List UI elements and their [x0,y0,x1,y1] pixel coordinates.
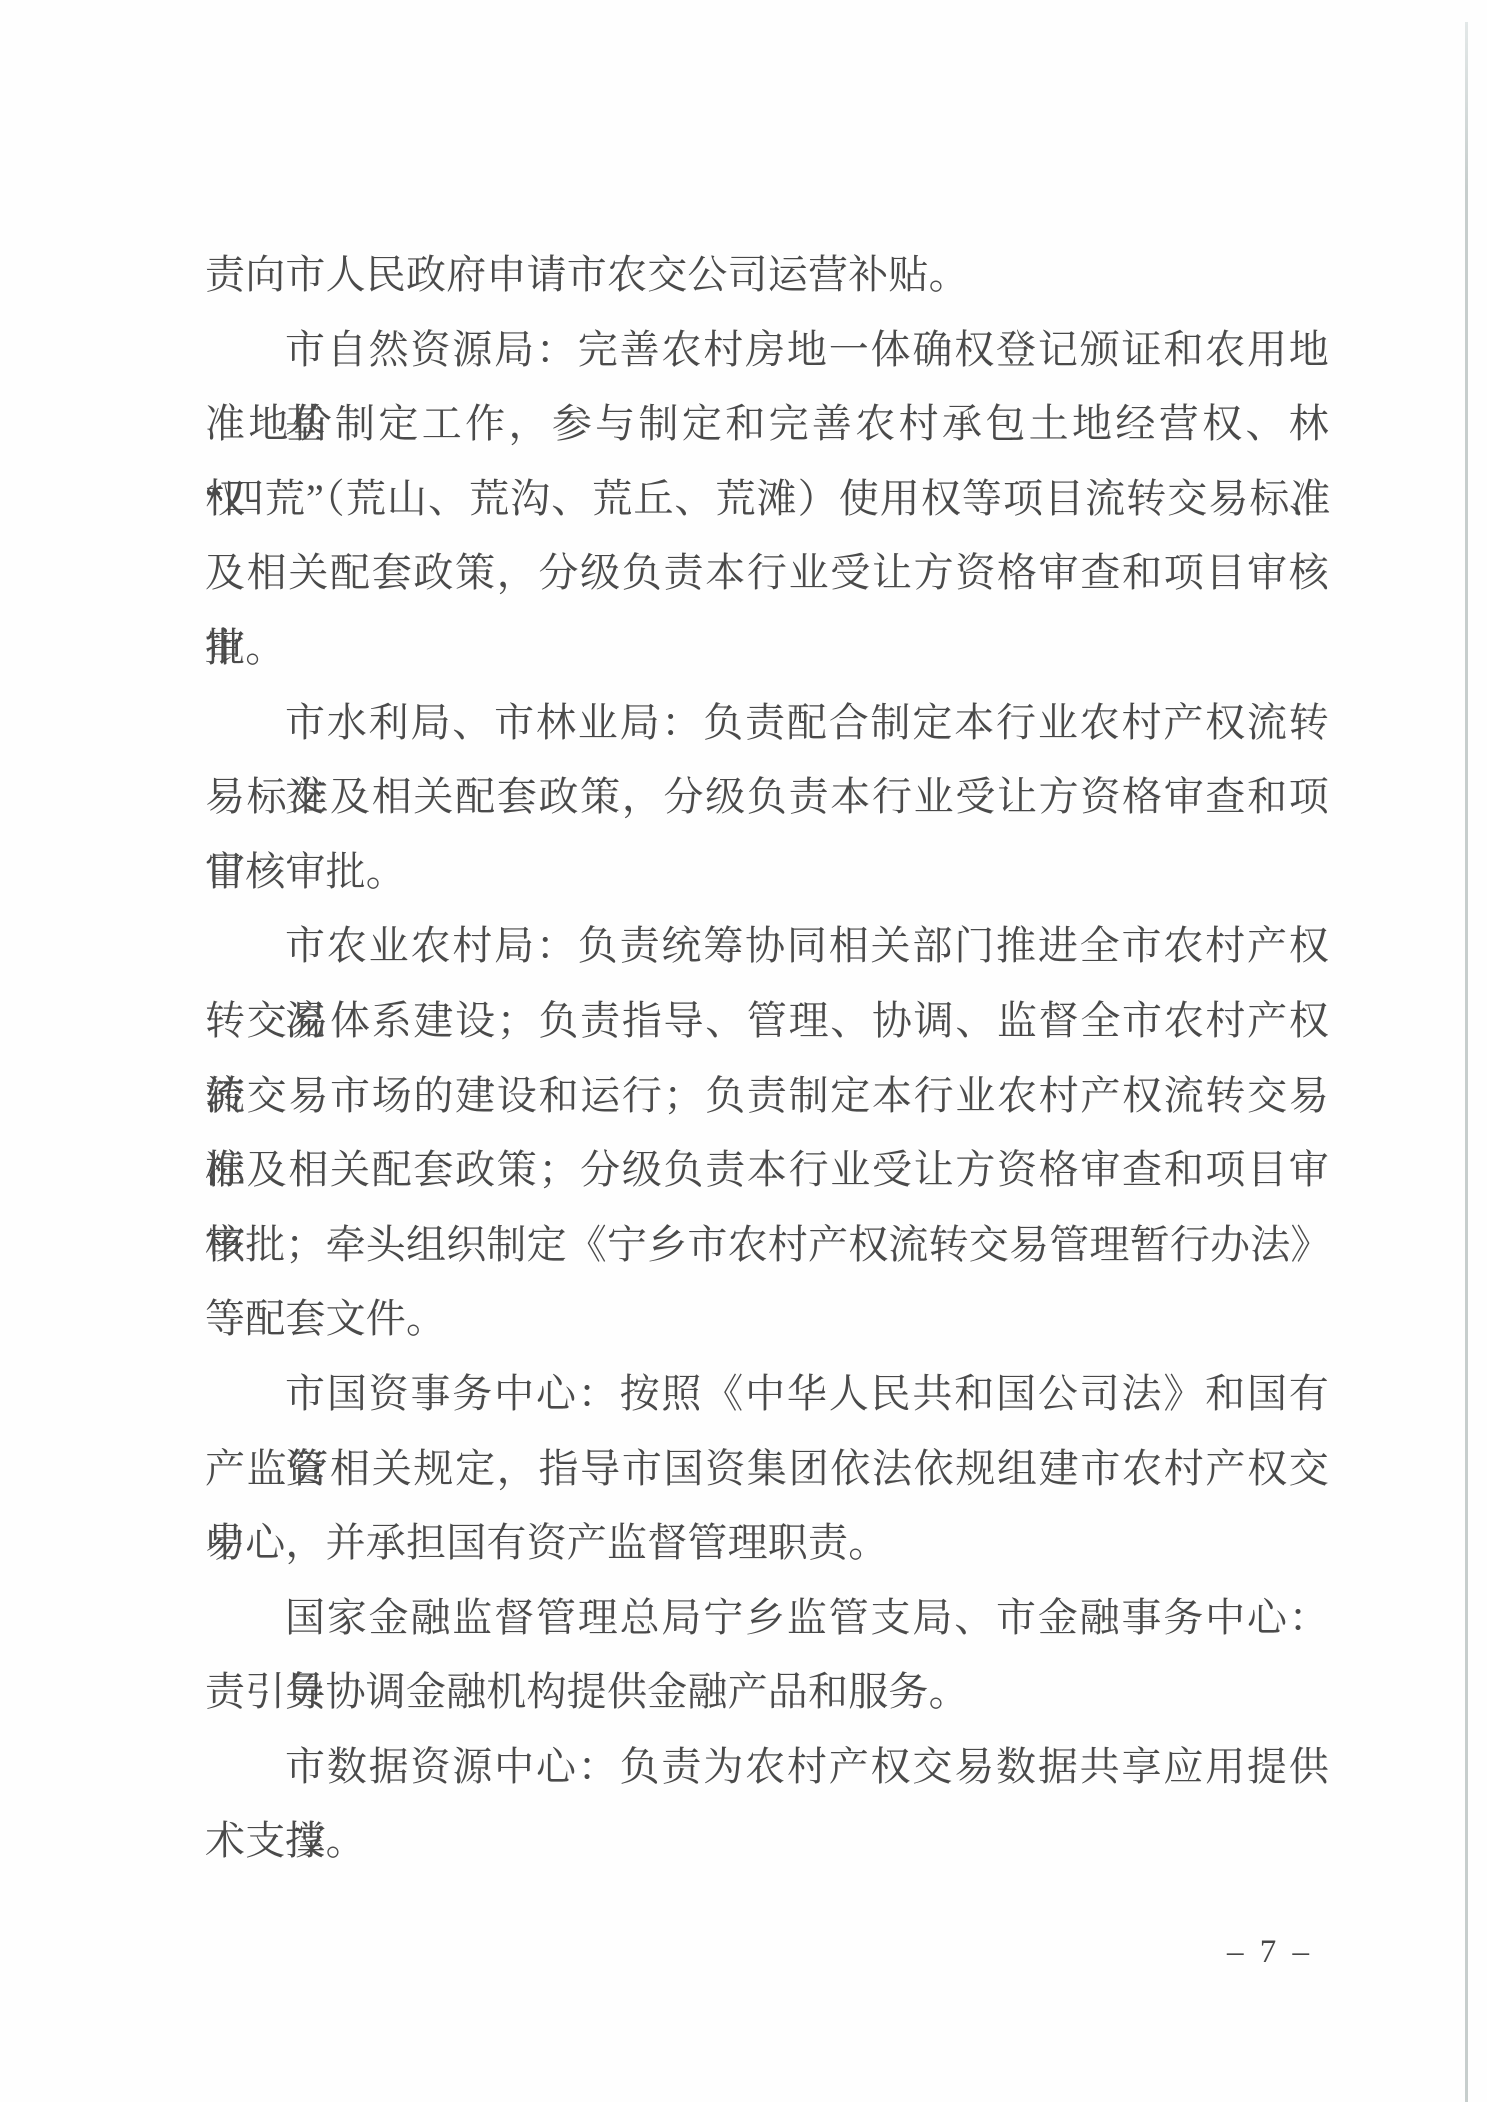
text-line: 市自然资源局：完善农村房地一体确权登记颁证和农用地基 [205,313,1329,388]
paragraph: 市水利局、市林业局：负责配合制定本行业农村产权流转交 易标准及相关配套政策，分级… [205,686,1329,910]
text-line: 及相关配套政策，分级负责本行业受让方资格审查和项目审核审 [205,536,1329,611]
text-line: 准及相关配套政策；分级负责本行业受让方资格审查和项目审核 [205,1133,1329,1208]
paragraph: 市农业农村局：负责统筹协同相关部门推进全市农村产权流 转交易体系建设；负责指导、… [205,909,1329,1357]
text-line: 批。 [205,611,1329,686]
text-line: 市农业农村局：负责统筹协同相关部门推进全市农村产权流 [205,909,1329,984]
page-number: – 7 – [1170,1932,1370,1972]
paragraph: 市国资事务中心：按照《中华人民共和国公司法》和国有资 产监管相关规定，指导市国资… [205,1357,1329,1581]
text-line: 产监管相关规定，指导市国资集团依法依规组建市农村产权交易 [205,1432,1329,1507]
text-line: 国家金融监督管理总局宁乡监管支局、市金融事务中心：负 [205,1581,1329,1656]
text-line: 市国资事务中心：按照《中华人民共和国公司法》和国有资 [205,1357,1329,1432]
text-line: 转交易体系建设；负责指导、管理、协调、监督全市农村产权流 [205,984,1329,1059]
paragraph: 国家金融监督管理总局宁乡监管支局、市金融事务中心：负 责引导协调金融机构提供金融… [205,1581,1329,1730]
text-line: 准地价制定工作，参与制定和完善农村承包土地经营权、林权、 [205,387,1329,462]
text-line: 等配套文件。 [205,1282,1329,1357]
document-body-text: 责向市人民政府申请市农交公司运营补贴。 市自然资源局：完善农村房地一体确权登记颁… [205,238,1329,1879]
text-line: 术支撑。 [205,1804,1329,1879]
scan-edge-line [1465,22,1468,2102]
text-line: 责向市人民政府申请市农交公司运营补贴。 [205,238,1329,313]
text-line: “四荒”（荒山、荒沟、荒丘、荒滩）使用权等项目流转交易标准 [205,462,1329,537]
text-line: 市水利局、市林业局：负责配合制定本行业农村产权流转交 [205,686,1329,761]
text-line: 中心，并承担国有资产监督管理职责。 [205,1506,1329,1581]
document-page: 责向市人民政府申请市农交公司运营补贴。 市自然资源局：完善农村房地一体确权登记颁… [0,0,1487,2102]
paragraph: 市自然资源局：完善农村房地一体确权登记颁证和农用地基 准地价制定工作，参与制定和… [205,313,1329,686]
text-line: 审批；牵头组织制定《宁乡市农村产权流转交易管理暂行办法》 [205,1208,1329,1283]
text-line: 转交易市场的建设和运行；负责制定本行业农村产权流转交易标 [205,1059,1329,1134]
paragraph: 市数据资源中心：负责为农村产权交易数据共享应用提供技 术支撑。 [205,1730,1329,1879]
text-line: 市数据资源中心：负责为农村产权交易数据共享应用提供技 [205,1730,1329,1805]
text-line: 责引导协调金融机构提供金融产品和服务。 [205,1655,1329,1730]
text-line: 易标准及相关配套政策，分级负责本行业受让方资格审查和项目 [205,760,1329,835]
paragraph: 责向市人民政府申请市农交公司运营补贴。 [205,238,1329,313]
text-line: 审核审批。 [205,835,1329,910]
